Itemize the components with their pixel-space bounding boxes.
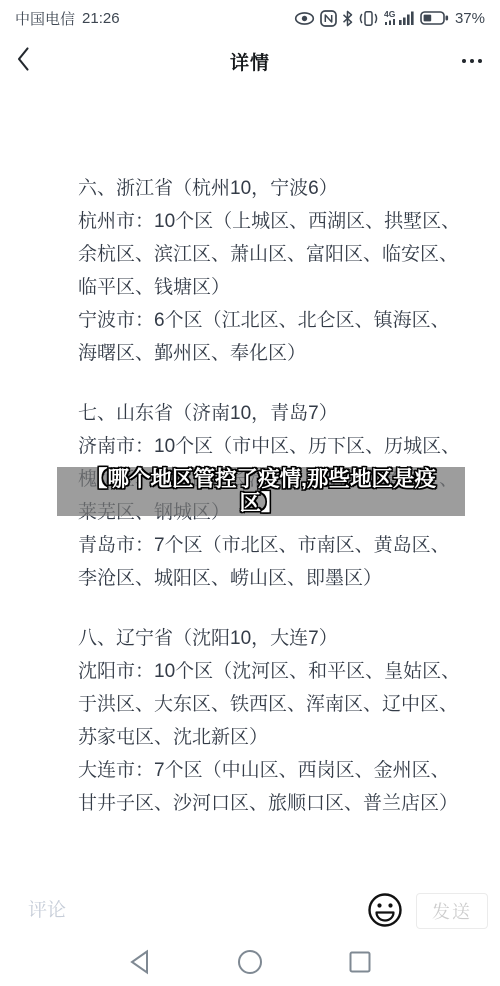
video-caption-overlay: 【哪个地区管控了疫情,那些地区是疫区】 [57,467,465,516]
section-heading: 七、山东省（济南10，青岛7） [78,397,464,430]
ellipsis-icon [462,59,482,63]
caption-text: 【哪个地区管控了疫情,那些地区是疫区】 [75,468,447,515]
chevron-left-icon [16,46,30,77]
bluetooth-icon [342,10,353,27]
clock-label: 21:26 [82,10,120,27]
vibrate-icon [358,10,379,27]
status-bar: 中国电信 21:26 4G 37% [0,0,500,34]
city-districts-line: 宁波市：6个区（江北区、北仑区、镇海区、海曙区、鄞州区、奉化区） [78,304,464,370]
send-button[interactable]: 发送 [416,893,488,929]
svg-text:4G: 4G [384,9,396,19]
city-districts-line: 沈阳市：10个区（沈河区、和平区、皇姑区、于洪区、大东区、铁西区、浑南区、辽中区… [78,655,464,754]
section-heading: 六、浙江省（杭州10，宁波6） [78,172,464,205]
android-navigation-bar [0,942,500,986]
battery-percent-label: 37% [455,10,485,27]
nav-bar: 详情 [0,34,500,88]
section-heading: 八、辽宁省（沈阳10，大连7） [78,622,464,655]
carrier-label: 中国电信 [15,8,75,29]
home-circle-icon [237,949,263,980]
carrier-time: 中国电信 21:26 [15,8,120,29]
eye-comfort-icon [294,11,315,26]
recents-square-icon [348,950,372,979]
page-title: 详情 [230,48,270,75]
battery-icon [420,10,449,26]
more-options-button[interactable] [460,53,484,69]
comment-bar: 发送 [0,878,500,944]
city-districts-line: 大连市：7个区（中山区、西岗区、金州区、甘井子区、沙河口区、旅顺口区、普兰店区） [78,754,464,820]
city-districts-line: 青岛市：7个区（市北区、市南区、黄岛区、李沧区、城阳区、崂山区、即墨区） [78,529,464,595]
section-liaoning: 八、辽宁省（沈阳10，大连7） 沈阳市：10个区（沈河区、和平区、皇姑区、于洪区… [78,622,464,820]
android-back-button[interactable] [126,950,154,978]
nfc-icon [320,10,337,27]
android-home-button[interactable] [236,950,264,978]
signal-4g-icon: 4G [384,9,415,27]
smiley-face-icon [367,892,403,931]
back-triangle-icon [128,949,152,980]
back-button[interactable] [16,46,42,76]
android-recents-button[interactable] [346,950,374,978]
emoji-button[interactable] [366,892,404,930]
comment-input[interactable] [26,899,366,923]
city-districts-line: 杭州市：10个区（上城区、西湖区、拱墅区、余杭区、滨江区、萧山区、富阳区、临安区… [78,205,464,304]
section-zhejiang: 六、浙江省（杭州10，宁波6） 杭州市：10个区（上城区、西湖区、拱墅区、余杭区… [78,172,464,370]
